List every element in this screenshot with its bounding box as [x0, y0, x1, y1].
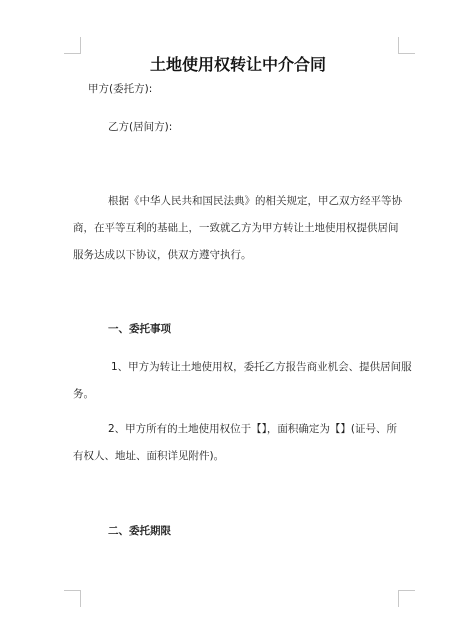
- crop-mark-top-right: [398, 37, 415, 54]
- section-1-heading: 一、委托事项: [73, 316, 403, 343]
- item-1-line-2: 务。: [73, 381, 403, 408]
- intro-line-3: 服务达成以下协议，供双方遵守执行。: [73, 242, 403, 269]
- crop-mark-bottom-left: [64, 590, 81, 607]
- intro-paragraph: 根据《中华人民共和国民法典》的相关规定，甲乙双方经平等协 商，在平等互利的基础上…: [73, 188, 403, 269]
- crop-mark-bottom-right: [398, 590, 415, 607]
- section-1-item-2: 2、甲方所有的土地使用权位于【】，面积确定为【】(证号、所 有权人、地址、面积详…: [73, 416, 403, 470]
- party-b-line: 乙方(居间方):: [73, 114, 403, 141]
- item-2-line-2: 有权人、地址、面积详见附件)。: [73, 443, 403, 470]
- party-a-line: 甲方(委托方):: [73, 76, 403, 103]
- intro-line-2: 商，在平等互利的基础上，一致就乙方为甲方转让土地使用权提供居间: [73, 215, 403, 242]
- item-2-line-1: 2、甲方所有的土地使用权位于【】，面积确定为【】(证号、所: [73, 416, 403, 443]
- crop-mark-top-left: [64, 37, 81, 54]
- intro-line-1: 根据《中华人民共和国民法典》的相关规定，甲乙双方经平等协: [73, 188, 403, 215]
- document-title: 土地使用权转让中介合同: [73, 55, 403, 75]
- item-1-line-1: 1、甲方为转让土地使用权，委托乙方报告商业机会、提供居间服: [73, 354, 403, 381]
- document-page: 土地使用权转让中介合同 甲方(委托方): 乙方(居间方): 根据《中华人民共和国…: [0, 0, 475, 634]
- document-content: 土地使用权转让中介合同 甲方(委托方): 乙方(居间方): 根据《中华人民共和国…: [73, 53, 403, 545]
- section-1-item-1: 1、甲方为转让土地使用权，委托乙方报告商业机会、提供居间服 务。: [73, 354, 403, 408]
- section-2-heading: 二、委托期限: [73, 518, 403, 545]
